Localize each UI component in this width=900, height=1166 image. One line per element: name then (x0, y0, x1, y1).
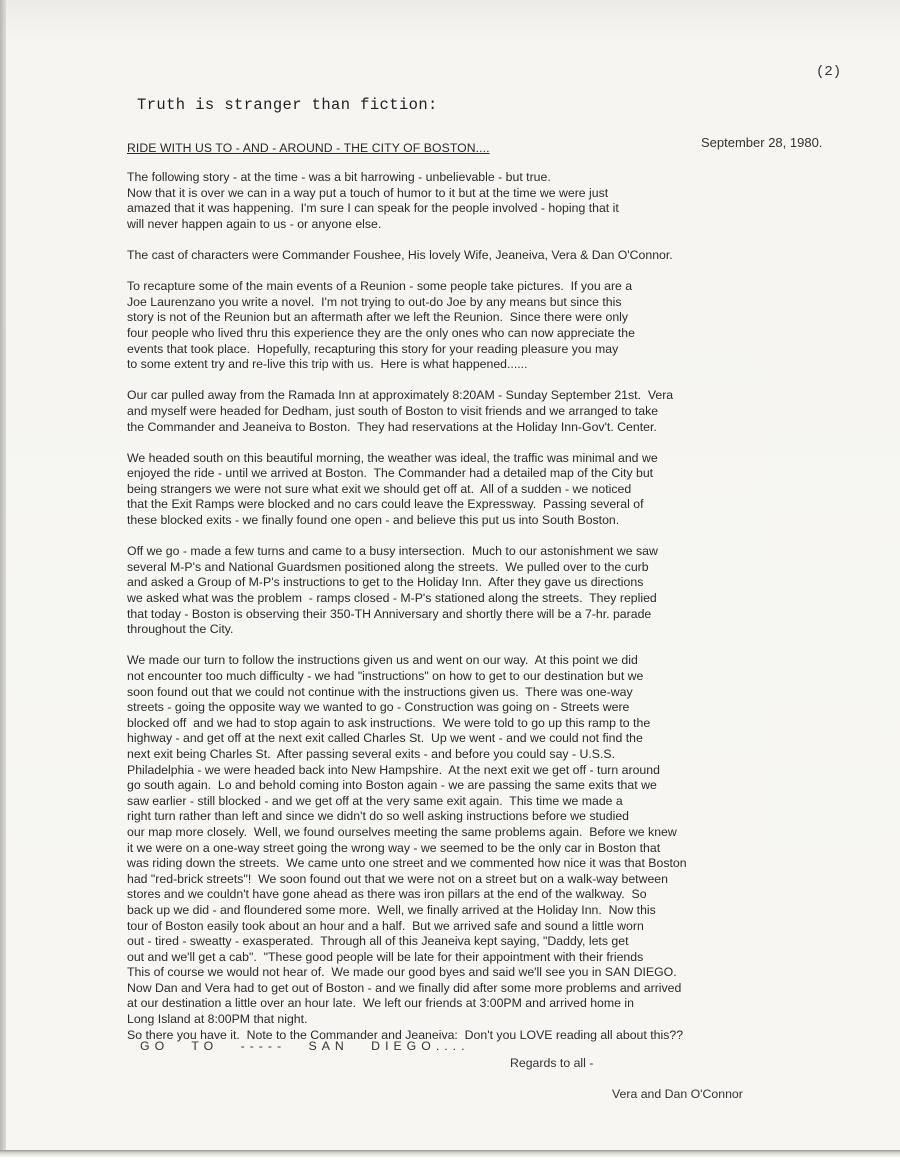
paragraph-line: to some extent try and re-live this trip… (127, 357, 887, 373)
story-paragraph: To recapture some of the main events of … (127, 279, 887, 373)
paragraph-line: right turn rather than left and since we… (127, 809, 887, 825)
paragraph-line: at our destination a little over an hour… (127, 996, 887, 1012)
paragraph-line: We headed south on this beautiful mornin… (127, 451, 887, 467)
paragraph-line: out and we'll get a cab". "These good pe… (127, 950, 887, 966)
paragraph-line: will never happen again to us - or anyon… (127, 217, 887, 233)
paragraph-line: soon found out that we could not continu… (127, 685, 887, 701)
paragraph-line: it we were on a one-way street going the… (127, 841, 887, 857)
paragraph-line: events that took place. Hopefully, recap… (127, 342, 887, 358)
paragraph-line: blocked off and we had to stop again to … (127, 716, 887, 732)
paragraph-line: was riding down the streets. We came unt… (127, 856, 887, 872)
paragraph-line: streets - going the opposite way we want… (127, 700, 887, 716)
paragraph-line: these blocked exits - we finally found o… (127, 513, 887, 529)
paragraph-line: saw earlier - still blocked - and we get… (127, 794, 887, 810)
story-heading: RIDE WITH US TO - AND - AROUND - THE CIT… (127, 141, 490, 155)
paragraph-line: stores and we couldn't have gone ahead a… (127, 887, 887, 903)
story-body: The following story - at the time - was … (127, 170, 887, 1043)
paragraph-line: highway - and get off at the next exit c… (127, 731, 887, 747)
paragraph-line: To recapture some of the main events of … (127, 279, 887, 295)
paragraph-line: we asked what was the problem - ramps cl… (127, 591, 887, 607)
story-paragraph: We headed south on this beautiful mornin… (127, 451, 887, 529)
paragraph-line: Off we go - made a few turns and came to… (127, 544, 887, 560)
paragraph-line: Long Island at 8:00PM that night. (127, 1012, 887, 1028)
paragraph-line: go south again. Lo and behold coming int… (127, 778, 887, 794)
paragraph-line: Now that it is over we can in a way put … (127, 186, 887, 202)
paragraph-line: out - tired - sweatty - exasperated. Thr… (127, 934, 887, 950)
paragraph-line: amazed that it was happening. I'm sure I… (127, 201, 887, 217)
paragraph-line: Now Dan and Vera had to get out of Bosto… (127, 981, 887, 997)
page-bottom-edge (0, 1150, 900, 1166)
paragraph-line: being strangers we were not sure what ex… (127, 482, 887, 498)
paragraph-line: the Commander and Jeaneiva to Boston. Th… (127, 420, 887, 436)
paragraph-line: not encounter too much difficulty - we h… (127, 669, 887, 685)
paragraph-line: The cast of characters were Commander Fo… (127, 248, 887, 264)
closing-line: GO TO ----- SAN DIEGO.... (140, 1039, 469, 1053)
paragraph-line: our map more closely. Well, we found our… (127, 825, 887, 841)
paragraph-line: Our car pulled away from the Ramada Inn … (127, 388, 887, 404)
document-title: Truth is stranger than fiction: (137, 96, 438, 114)
paragraph-line: that the Exit Ramps were blocked and no … (127, 497, 887, 513)
story-paragraph: We made our turn to follow the instructi… (127, 653, 887, 1043)
paragraph-line: throughout the City. (127, 622, 887, 638)
document-page: (2) Truth is stranger than fiction: Sept… (0, 0, 900, 1166)
story-paragraph: Off we go - made a few turns and came to… (127, 544, 887, 638)
story-paragraph: The cast of characters were Commander Fo… (127, 248, 887, 264)
paragraph-line: story is not of the Reunion but an after… (127, 310, 887, 326)
paragraph-line: We made our turn to follow the instructi… (127, 653, 887, 669)
signature: Vera and Dan O'Connor (612, 1087, 743, 1101)
paragraph-line: and myself were headed for Dedham, just … (127, 404, 887, 420)
paragraph-line: Philadelphia - we were headed back into … (127, 763, 887, 779)
story-paragraph: Our car pulled away from the Ramada Inn … (127, 388, 887, 435)
regards-line: Regards to all - (510, 1056, 593, 1070)
page-left-edge (0, 0, 6, 1166)
paragraph-line: and asked a Group of M-P's instructions … (127, 575, 887, 591)
story-paragraph: The following story - at the time - was … (127, 170, 887, 232)
paragraph-line: The following story - at the time - was … (127, 170, 887, 186)
document-date: September 28, 1980. (701, 135, 822, 150)
paragraph-line: back up we did - and floundered some mor… (127, 903, 887, 919)
paragraph-line: Joe Laurenzano you write a novel. I'm no… (127, 295, 887, 311)
paragraph-line: This of course we would not hear of. We … (127, 965, 887, 981)
paragraph-line: enjoyed the ride - until we arrived at B… (127, 466, 887, 482)
paragraph-line: next exit being Charles St. After passin… (127, 747, 887, 763)
paragraph-line: four people who lived thru this experien… (127, 326, 887, 342)
paragraph-line: that today - Boston is observing their 3… (127, 607, 887, 623)
paragraph-line: tour of Boston easily took about an hour… (127, 919, 887, 935)
page-number: (2) (816, 64, 841, 80)
paragraph-line: several M-P's and National Guardsmen pos… (127, 560, 887, 576)
paragraph-line: had "red-brick streets"! We soon found o… (127, 872, 887, 888)
